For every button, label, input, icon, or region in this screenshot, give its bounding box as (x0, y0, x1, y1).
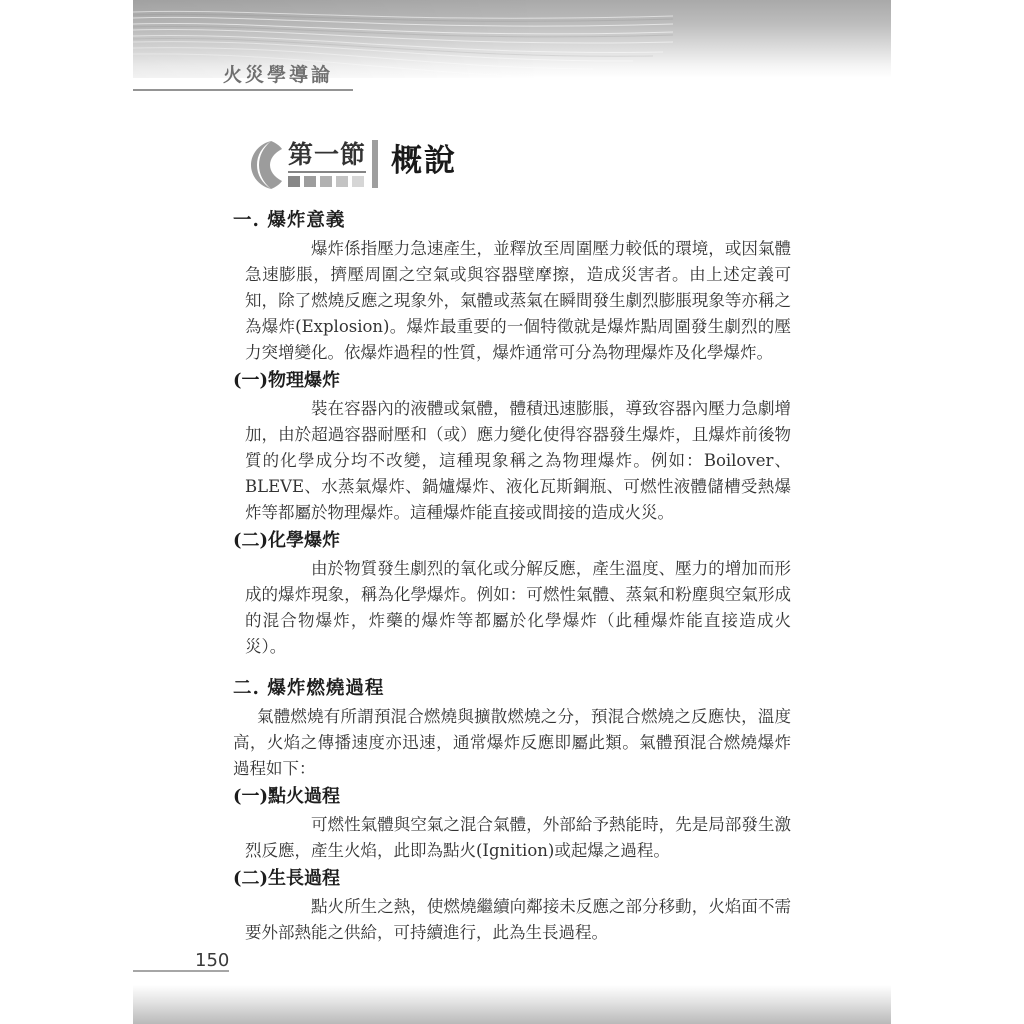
header-rule (133, 89, 353, 91)
paragraph: 氣體燃燒有所謂預混合燃燒與擴散燃燒之分，預混合燃燒之反應快，溫度高，火焰之傳播速… (233, 704, 791, 782)
section-number-block: 第一節 (288, 139, 368, 187)
section-number-underline (288, 171, 366, 173)
book-page-scan: 火災學導論 第一節 概說 一. 爆炸意義 爆炸係指壓力急速產生，並釋放至周圍壓力… (0, 0, 1024, 1024)
book-title: 火災學導論 (223, 60, 333, 87)
page-content-area: 火災學導論 第一節 概說 一. 爆炸意義 爆炸係指壓力急速產生，並釋放至周圍壓力… (133, 0, 891, 1024)
footer-rule (133, 970, 229, 972)
sub-heading: (二)化學爆炸 (233, 528, 791, 554)
crescent-moon-icon (250, 140, 286, 190)
article-body: 一. 爆炸意義 爆炸係指壓力急速產生，並釋放至周圍壓力較低的環境，或因氣體急速膨… (233, 192, 791, 946)
numbered-heading: 一. 爆炸意義 (233, 208, 791, 234)
bottom-gradient-bar (133, 985, 891, 1024)
sub-heading: (一)物理爆炸 (233, 368, 791, 394)
paragraph: 可燃性氣體與空氣之混合氣體，外部給予熱能時，先是局部發生激烈反應，產生火焰，此即… (233, 812, 791, 864)
paragraph: 點火所生之熱，使燃燒繼續向鄰接未反應之部分移動，火焰面不需要外部熱能之供給，可持… (233, 894, 791, 946)
gradient-squares-icon (288, 176, 364, 187)
paragraph: 裝在容器內的液體或氣體，體積迅速膨脹，導致容器內壓力急劇增加，由於超過容器耐壓和… (233, 396, 791, 526)
paragraph: 由於物質發生劇烈的氧化或分解反應，產生溫度、壓力的增加而形成的爆炸現象，稱為化學… (233, 556, 791, 660)
section-title: 概說 (391, 144, 457, 178)
sub-heading: (二)生長過程 (233, 866, 791, 892)
section-header: 第一節 概說 (250, 139, 457, 193)
page-number: 150 (195, 950, 229, 971)
sub-heading: (一)點火過程 (233, 784, 791, 810)
numbered-heading: 二. 爆炸燃燒過程 (233, 676, 791, 702)
section-number: 第一節 (288, 139, 366, 170)
paragraph: 爆炸係指壓力急速產生，並釋放至周圍壓力較低的環境，或因氣體急速膨脹，擠壓周圍之空… (233, 236, 791, 366)
section-divider-bar (372, 140, 378, 188)
guilloche-waves-icon (133, 0, 673, 78)
